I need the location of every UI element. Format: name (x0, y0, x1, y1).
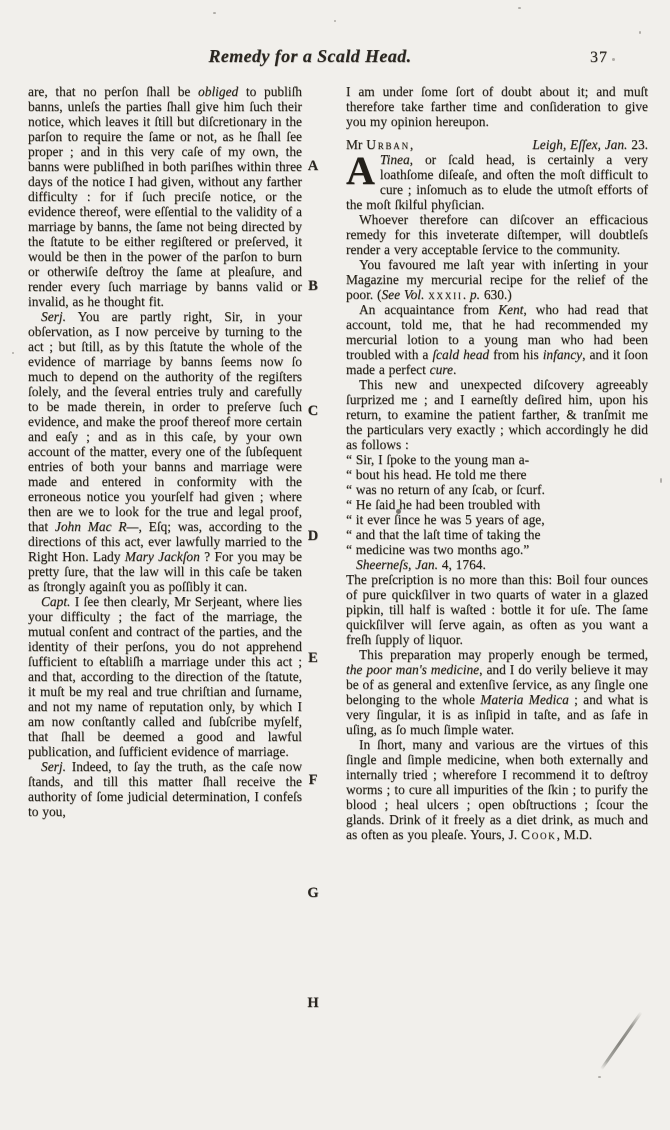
margin-letter-G: G (301, 885, 325, 902)
scanned-magazine-page: Remedy for a Scald Head. 37 are, that no… (0, 0, 670, 1130)
paragraph: Serj. Indeed, to ſay the truth, as the c… (28, 759, 302, 819)
page-number: 37 (590, 49, 608, 67)
paragraph: You favoured me laſt year with inſerting… (346, 257, 648, 302)
margin-letter-B: B (301, 278, 325, 295)
pen-mark (600, 1011, 642, 1070)
right-text-column: I am under ſome ſort of doubt about it; … (346, 84, 648, 842)
dateline-place: Leigh, Eſſex, Jan. 23. (532, 137, 648, 152)
margin-letter-E: E (301, 650, 325, 667)
paragraph: I am under ſome ſort of doubt about it; … (346, 84, 648, 129)
margin-letter-A: A (301, 158, 325, 175)
ink-speck (612, 58, 615, 61)
ink-speck (396, 509, 401, 514)
ink-speck (639, 31, 641, 34)
margin-letter-C: C (301, 403, 325, 420)
salutation: Mr Urban, (346, 137, 413, 152)
letter-salutation-line: Mr Urban,Leigh, Eſſex, Jan. 23. (346, 137, 648, 152)
ink-speck (213, 12, 216, 14)
paragraph: The preſcription is no more than this: B… (346, 572, 648, 647)
ink-speck (12, 352, 14, 354)
ink-speck (518, 7, 521, 9)
paragraph: An acquaintance from Kent, who had read … (346, 302, 648, 377)
paragraph: “ Sir, I ſpoke to the young man a-“ bout… (346, 452, 648, 557)
paragraph: In ſhort, many and various are the virtu… (346, 737, 648, 842)
paragraph: are, that no perſon ſhall be obliged to … (28, 84, 302, 309)
margin-letter-F: F (301, 772, 325, 789)
paragraph: Sheerneſs, Jan. 4, 1764. (346, 557, 648, 572)
ink-speck (334, 20, 336, 22)
paragraph: Serj. You are partly right, Sir, in your… (28, 309, 302, 594)
drop-cap-initial: A (346, 152, 380, 186)
paragraph: Capt. I ſee then clearly, Mr Serjeant, w… (28, 594, 302, 759)
margin-letter-D: D (301, 528, 325, 545)
ink-speck (660, 478, 662, 483)
paragraph: This preparation may properly enough be … (346, 647, 648, 737)
page-header: Remedy for a Scald Head. 37 (0, 46, 670, 72)
margin-letter-H: H (301, 995, 325, 1012)
paragraph: ATinea, or ſcald head, is certainly a ve… (346, 152, 648, 212)
left-text-column: are, that no perſon ſhall be obliged to … (28, 84, 302, 819)
paragraph: Whoever therefore can diſcover an effica… (346, 212, 648, 257)
gutter-letters: ABCDEFGH (301, 0, 325, 1130)
ink-speck (598, 1076, 601, 1078)
paragraph: This new and unexpected diſcovery agreea… (346, 377, 648, 452)
